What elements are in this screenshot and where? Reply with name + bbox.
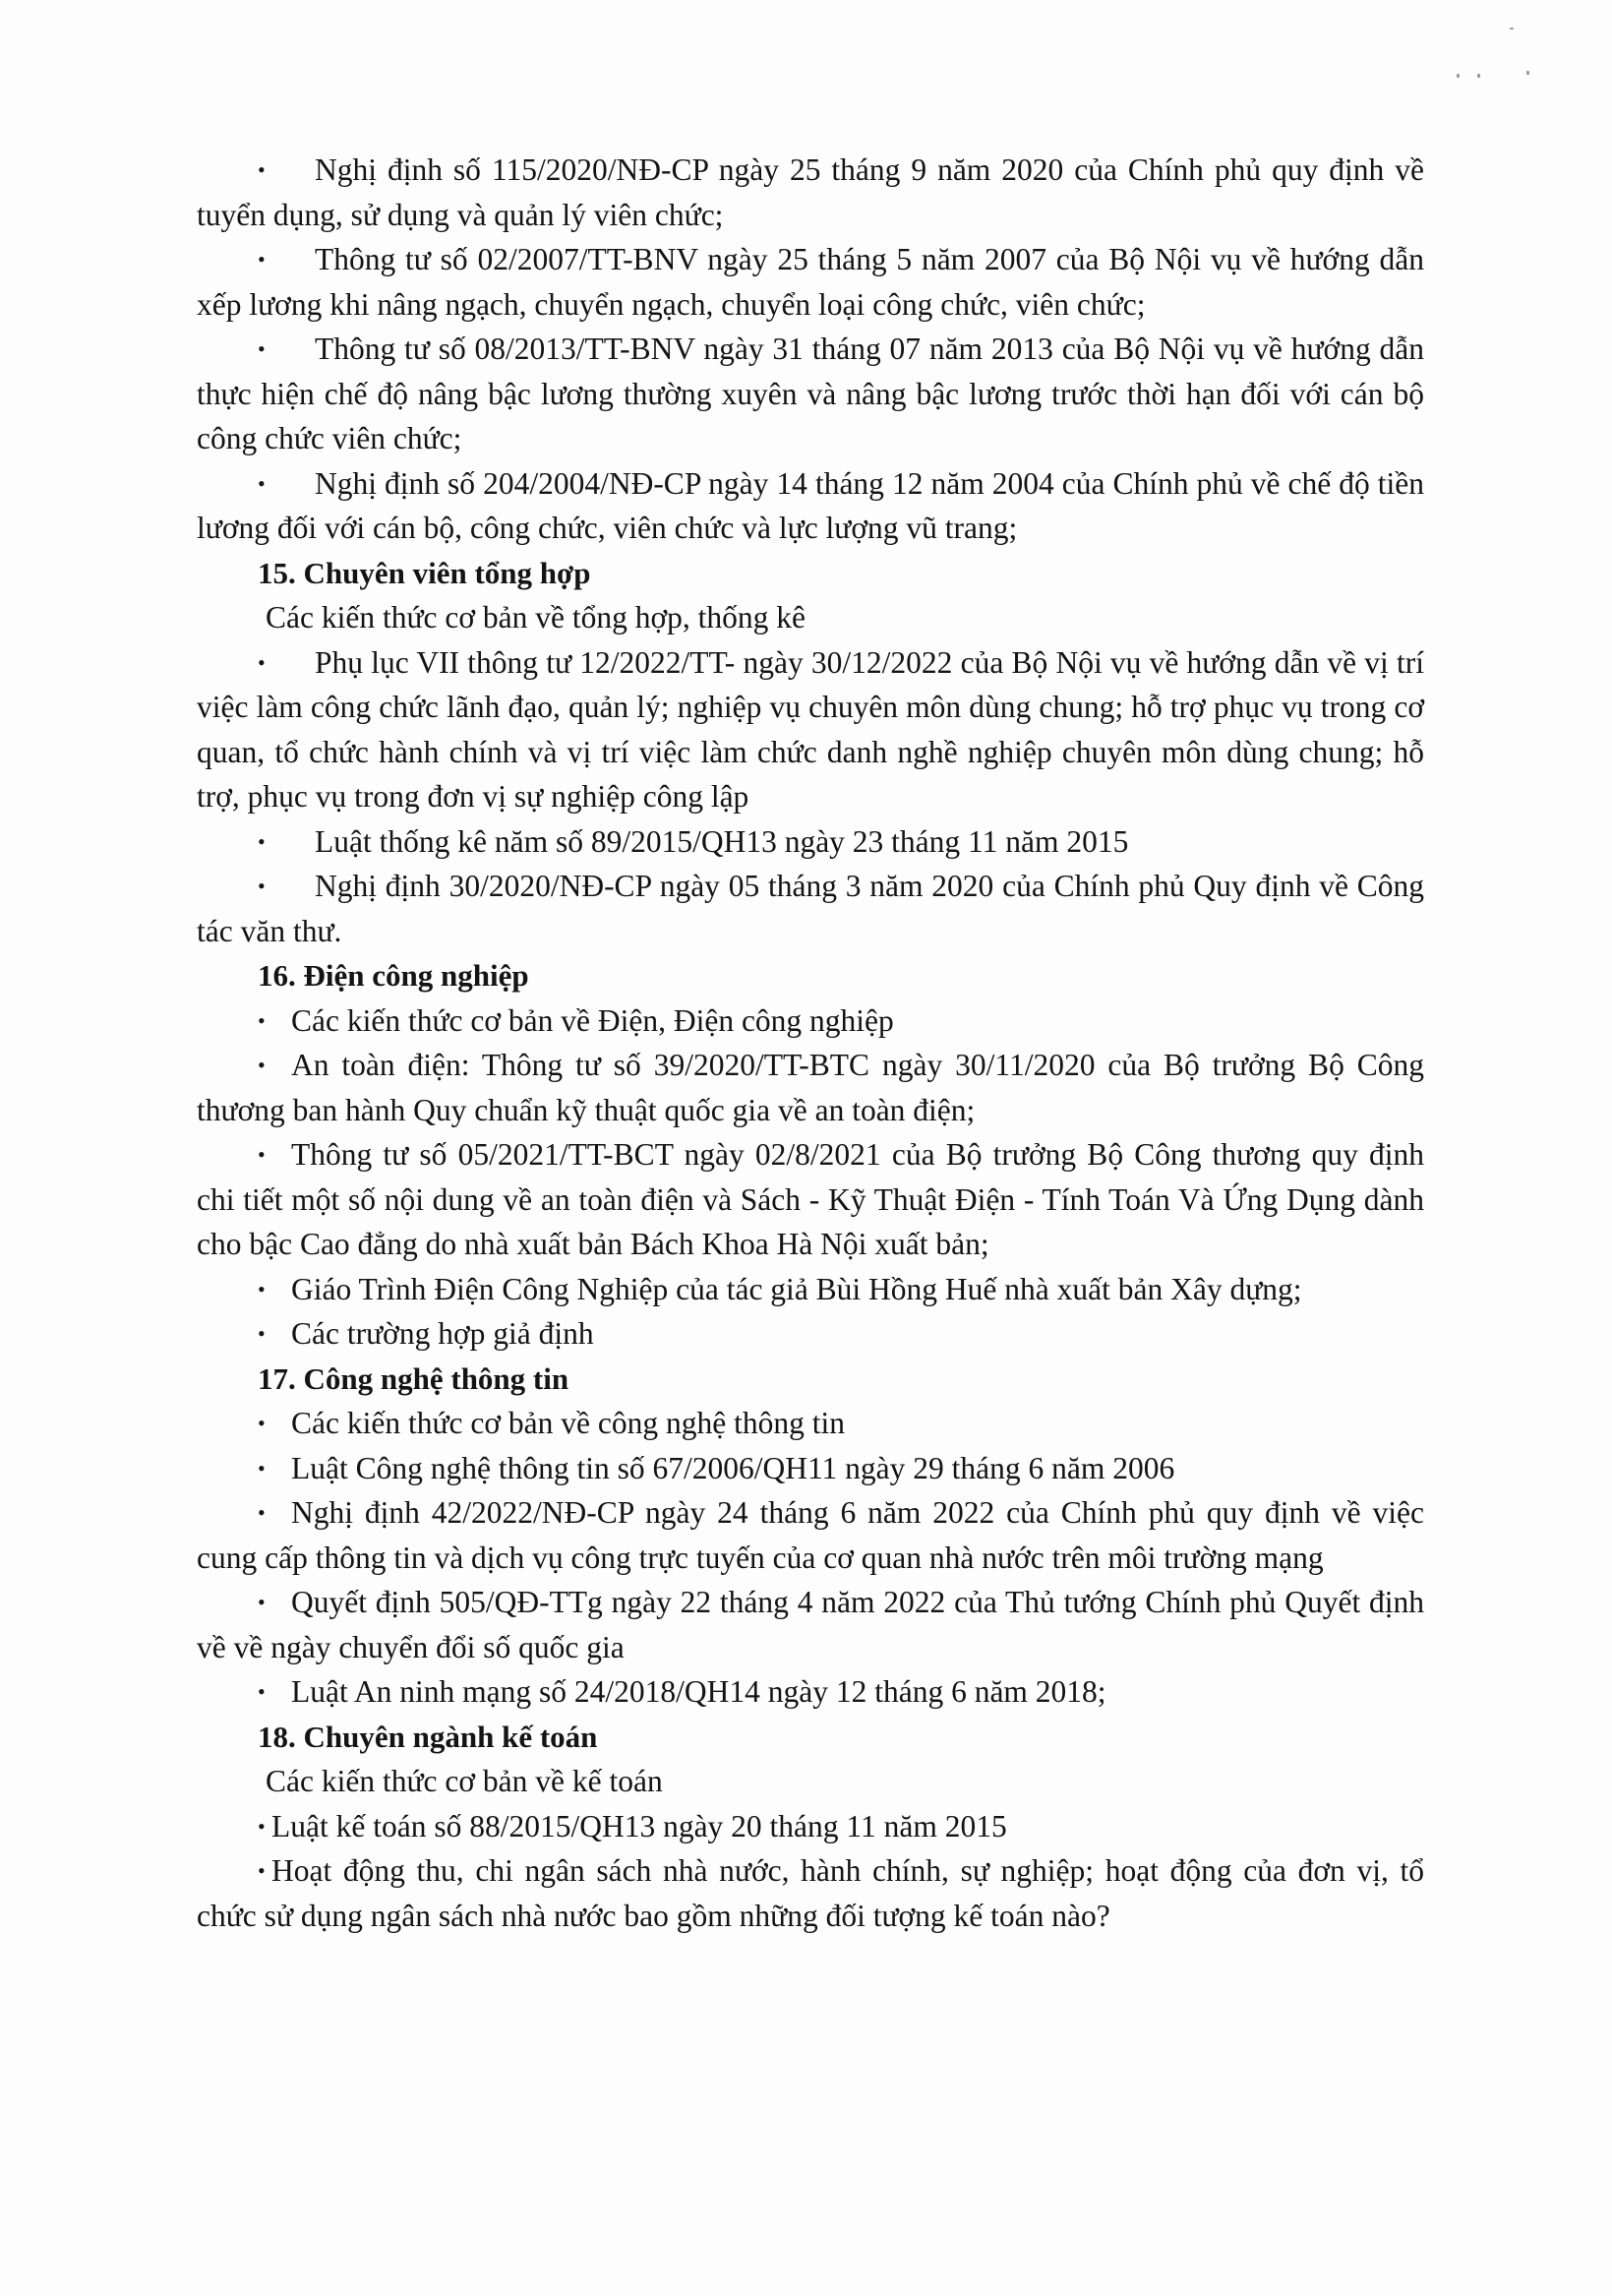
section-intro: Các kiến thức cơ bản về tổng hợp, thống … xyxy=(197,595,1424,640)
list-item-text: Nghị định số 115/2020/NĐ-CP ngày 25 thán… xyxy=(197,152,1424,232)
list-item-text: Luật thống kê năm số 89/2015/QH13 ngày 2… xyxy=(315,824,1128,859)
list-item: •Các trường hợp giả định xyxy=(197,1311,1424,1357)
section-heading: 15. Chuyên viên tổng hợp xyxy=(197,551,1424,596)
list-item-text: Luật Công nghệ thông tin số 67/2006/QH11… xyxy=(291,1451,1174,1485)
bullet-icon: • xyxy=(258,819,315,865)
list-item-text: Hoạt động thu, chi ngân sách nhà nước, h… xyxy=(197,1853,1424,1933)
section-heading: 16. Điện công nghiệp xyxy=(197,953,1424,998)
list-item-text: Các kiến thức cơ bản về Điện, Điện công … xyxy=(291,1003,894,1038)
scan-speck xyxy=(1510,28,1514,30)
bullet-icon: • xyxy=(258,1132,291,1178)
bullet-icon: • xyxy=(258,1804,271,1849)
list-item-text: Thông tư số 05/2021/TT-BCT ngày 02/8/202… xyxy=(197,1137,1424,1261)
list-item: •Thông tư số 05/2021/TT-BCT ngày 02/8/20… xyxy=(197,1132,1424,1267)
bullet-icon: • xyxy=(258,998,291,1044)
list-item: •Thông tư số 08/2013/TT-BNV ngày 31 thán… xyxy=(197,327,1424,461)
list-item-text: Thông tư số 02/2007/TT-BNV ngày 25 tháng… xyxy=(197,242,1424,322)
scan-speck xyxy=(1477,74,1480,78)
bullet-icon: • xyxy=(258,1490,291,1536)
section-intro: Các kiến thức cơ bản về kế toán xyxy=(197,1759,1424,1804)
list-item: •Các kiến thức cơ bản về công nghệ thông… xyxy=(197,1401,1424,1446)
list-item-text: Giáo Trình Điện Công Nghiệp của tác giả … xyxy=(291,1272,1302,1306)
bullet-icon: • xyxy=(258,1267,291,1312)
list-item: •Thông tư số 02/2007/TT-BNV ngày 25 thán… xyxy=(197,237,1424,327)
list-item: •Nghị định 30/2020/NĐ-CP ngày 05 tháng 3… xyxy=(197,864,1424,953)
list-item-text: An toàn điện: Thông tư số 39/2020/TT-BTC… xyxy=(197,1048,1424,1127)
list-item-text: Nghị định số 204/2004/NĐ-CP ngày 14 thán… xyxy=(197,466,1424,546)
list-item: •Hoạt động thu, chi ngân sách nhà nước, … xyxy=(197,1848,1424,1938)
bullet-icon: • xyxy=(258,640,315,686)
bullet-icon: • xyxy=(258,1311,291,1357)
list-item-text: Nghị định 42/2022/NĐ-CP ngày 24 tháng 6 … xyxy=(197,1495,1424,1575)
bullet-icon: • xyxy=(258,1446,291,1491)
list-item-text: Luật kế toán số 88/2015/QH13 ngày 20 thá… xyxy=(271,1809,1007,1843)
list-item-text: Các trường hợp giả định xyxy=(291,1316,594,1351)
list-item: •Giáo Trình Điện Công Nghiệp của tác giả… xyxy=(197,1267,1424,1312)
list-item-text: Thông tư số 08/2013/TT-BNV ngày 31 tháng… xyxy=(197,332,1424,455)
bullet-icon: • xyxy=(258,148,315,193)
bullet-icon: • xyxy=(258,1043,291,1088)
section-heading: 17. Công nghệ thông tin xyxy=(197,1357,1424,1402)
bullet-icon: • xyxy=(258,327,315,372)
list-item: •Nghị định số 204/2004/NĐ-CP ngày 14 thá… xyxy=(197,461,1424,551)
bullet-icon: • xyxy=(258,1401,291,1446)
list-item-text: Các kiến thức cơ bản về công nghệ thông … xyxy=(291,1406,845,1440)
bullet-icon: • xyxy=(258,1669,291,1715)
list-item-text: Nghị định 30/2020/NĐ-CP ngày 05 tháng 3 … xyxy=(197,869,1424,948)
list-item-text: Quyết định 505/QĐ-TTg ngày 22 tháng 4 nă… xyxy=(197,1585,1424,1664)
scan-speck xyxy=(1526,71,1529,75)
bullet-icon: • xyxy=(258,1848,271,1894)
list-item: •Luật kế toán số 88/2015/QH13 ngày 20 th… xyxy=(197,1804,1424,1849)
bullet-icon: • xyxy=(258,864,315,909)
section-heading: 18. Chuyên ngành kế toán xyxy=(197,1715,1424,1760)
bullet-icon: • xyxy=(258,461,315,507)
list-item: •Luật Công nghệ thông tin số 67/2006/QH1… xyxy=(197,1446,1424,1491)
bullet-icon: • xyxy=(258,1580,291,1625)
list-item: •Luật An ninh mạng số 24/2018/QH14 ngày … xyxy=(197,1669,1424,1715)
list-item-text: Luật An ninh mạng số 24/2018/QH14 ngày 1… xyxy=(291,1674,1106,1709)
list-item: •Nghị định số 115/2020/NĐ-CP ngày 25 thá… xyxy=(197,148,1424,237)
list-item: •An toàn điện: Thông tư số 39/2020/TT-BT… xyxy=(197,1043,1424,1132)
bullet-icon: • xyxy=(258,237,315,282)
list-item: •Luật thống kê năm số 89/2015/QH13 ngày … xyxy=(197,819,1424,865)
list-item: •Nghị định 42/2022/NĐ-CP ngày 24 tháng 6… xyxy=(197,1490,1424,1580)
document-page: •Nghị định số 115/2020/NĐ-CP ngày 25 thá… xyxy=(197,148,1424,1938)
list-item-text: Phụ lục VII thông tư 12/2022/TT- ngày 30… xyxy=(197,645,1424,815)
list-item: •Phụ lục VII thông tư 12/2022/TT- ngày 3… xyxy=(197,640,1424,819)
list-item: •Quyết định 505/QĐ-TTg ngày 22 tháng 4 n… xyxy=(197,1580,1424,1669)
scan-speck xyxy=(1457,74,1460,78)
list-item: •Các kiến thức cơ bản về Điện, Điện công… xyxy=(197,998,1424,1044)
